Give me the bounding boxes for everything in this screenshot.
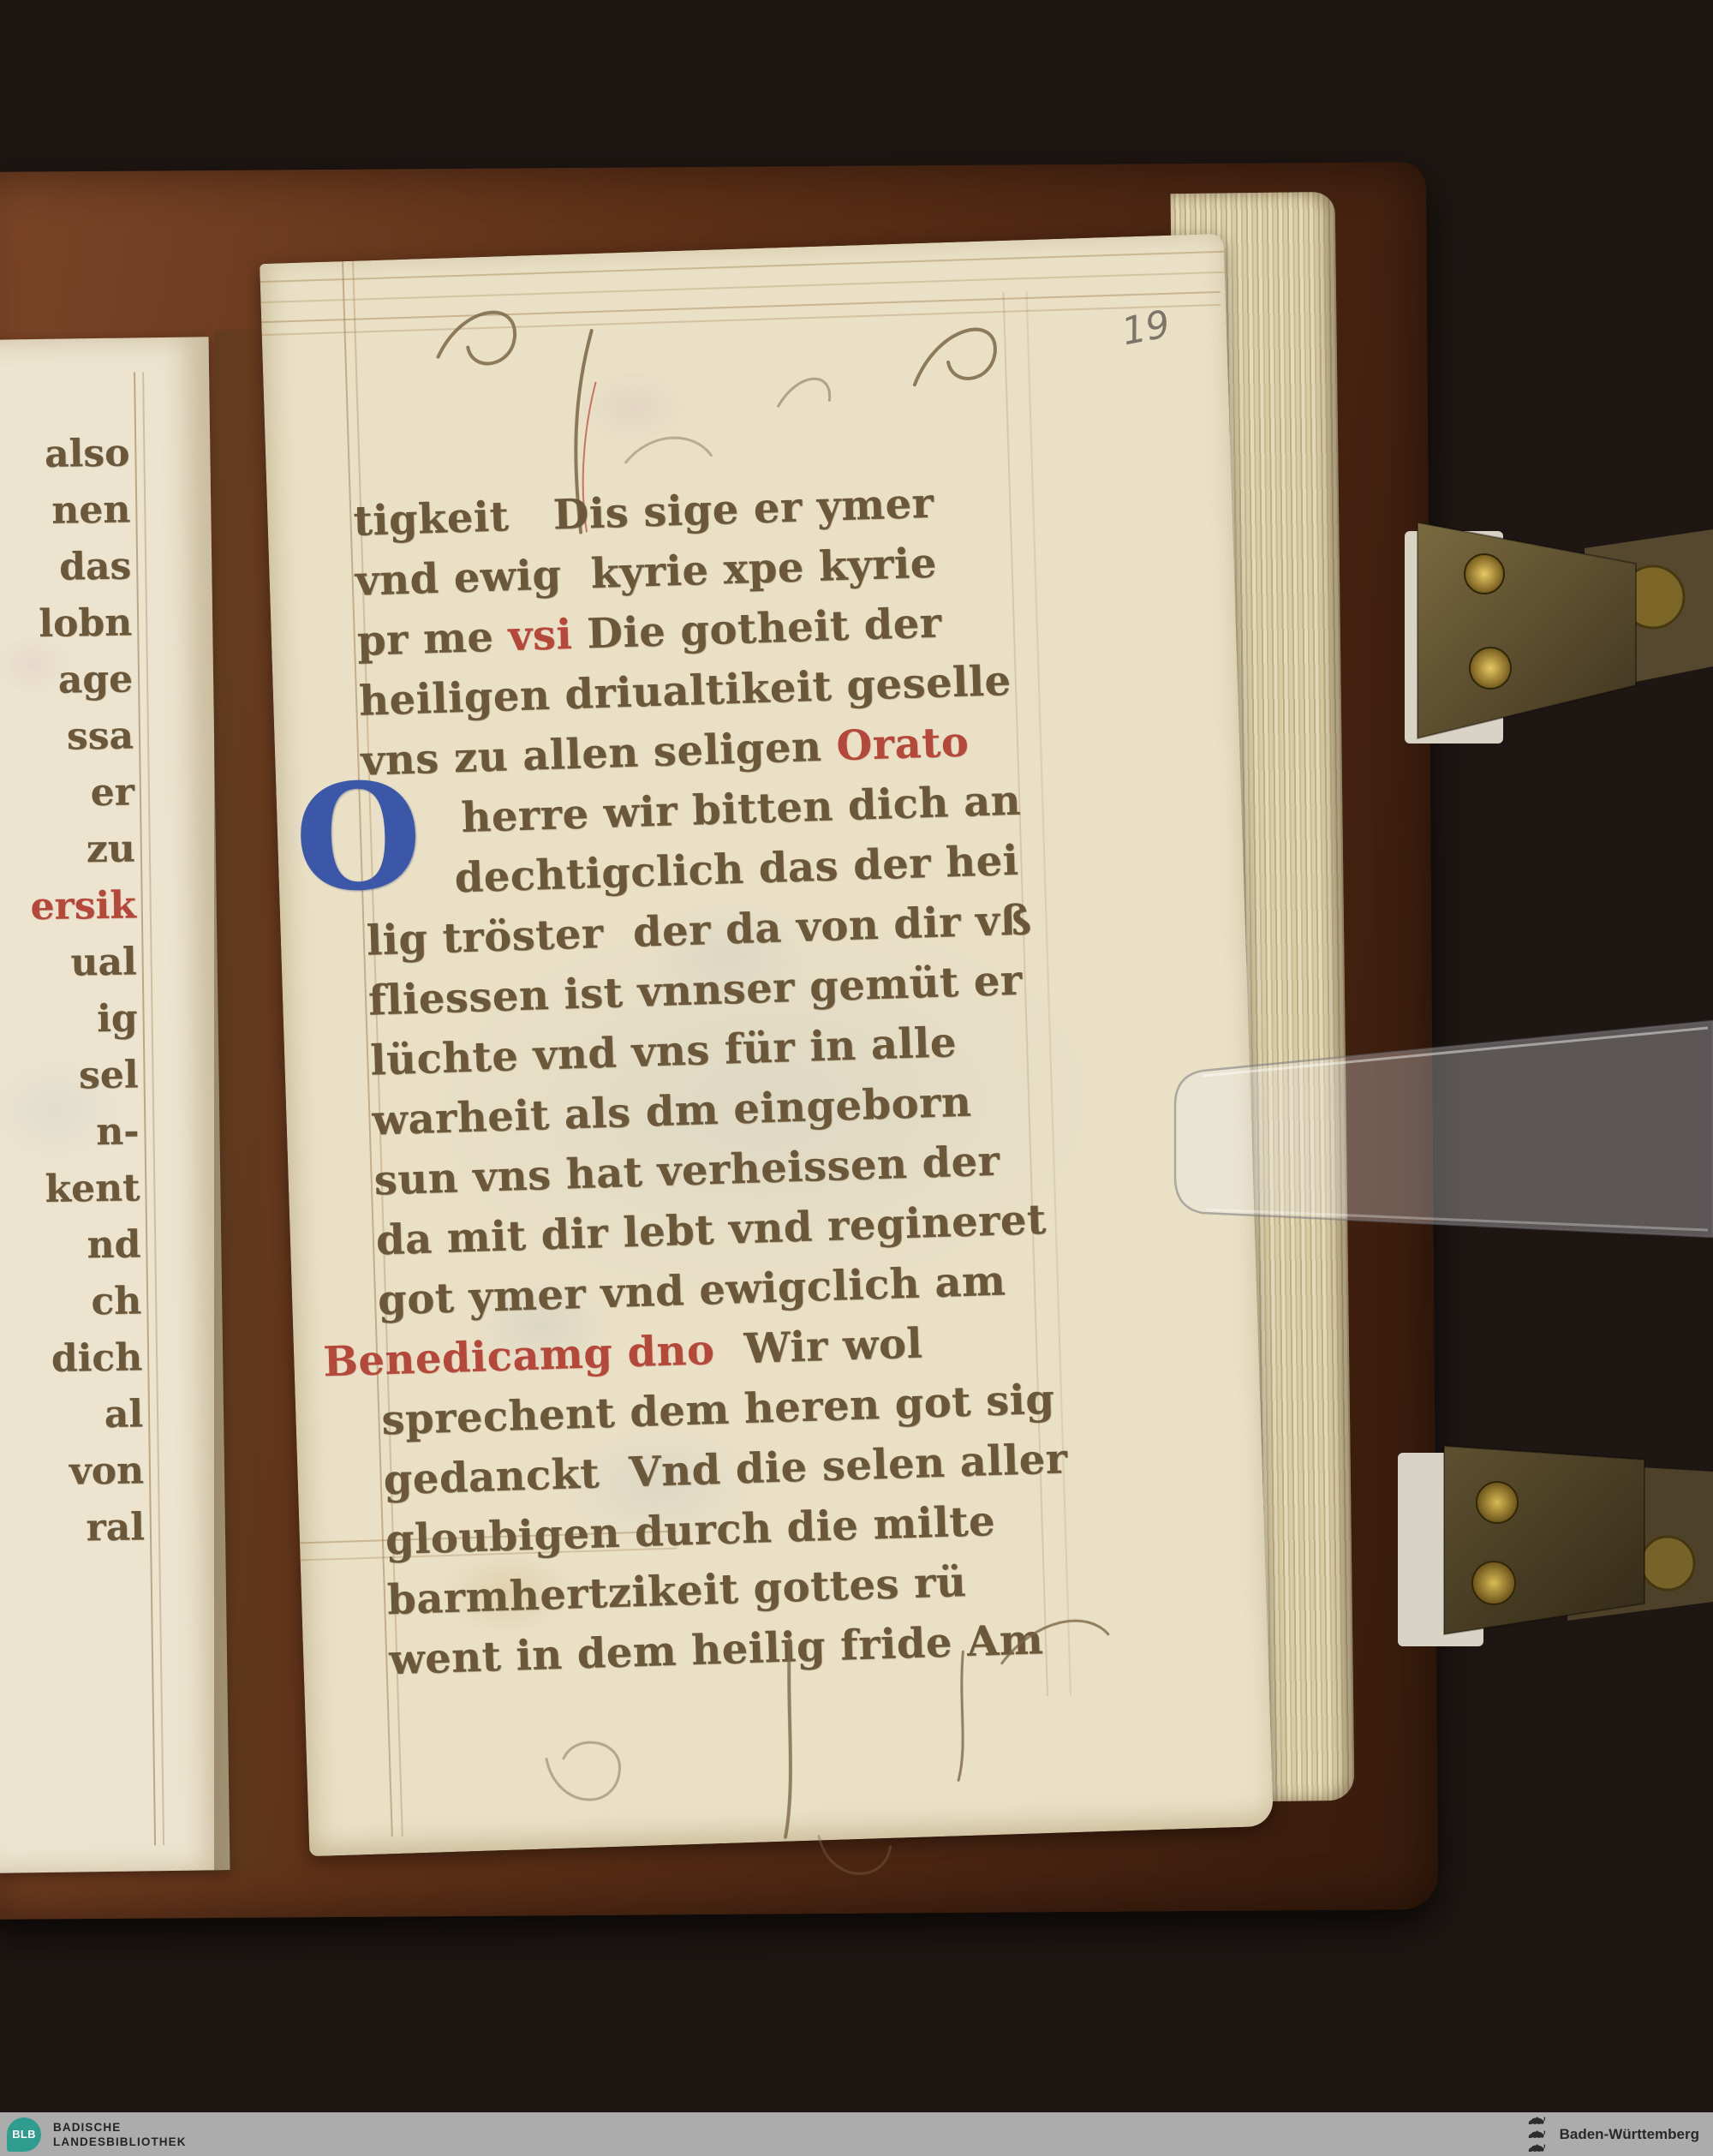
text-segment: vnd ewig kyrie xpe kyrie — [355, 539, 938, 605]
library-name: BADISCHE LANDESBIBLIOTHEK — [53, 2120, 187, 2149]
manuscript-line: sun vns hat verheissen der — [373, 1137, 1000, 1206]
manuscript-photo-scene: alsonendaslobnagessaerzuersikualigseln-k… — [0, 0, 1713, 2156]
folio-number: 19 — [1119, 302, 1174, 355]
clasp-disc — [1641, 1537, 1694, 1590]
text-segment: Orato — [836, 718, 970, 770]
text-segment: vns zu allen seligen — [360, 722, 837, 785]
bottom-clasp — [1362, 1396, 1713, 1670]
blb-monogram: BLB — [12, 2128, 36, 2141]
baden-wuerttemberg-coat-of-arms-icon — [1522, 2115, 1551, 2154]
left-page-fragment: ig — [97, 997, 138, 1041]
left-page-fragment: ual — [70, 941, 137, 984]
text-segment: pr me — [356, 612, 509, 666]
text-segment: Benedicamg dno — [323, 1326, 716, 1386]
manuscript-line: herre wir bitten dich an — [461, 776, 1022, 844]
clasp-strap — [1444, 1446, 1644, 1634]
blb-logo: BLB — [7, 2117, 41, 2152]
left-page-fragment: ral — [86, 1506, 145, 1550]
text-segment: fliessen ist vnnser gemüt er — [367, 957, 1023, 1025]
state-label: Baden-Württemberg — [1560, 2126, 1699, 2143]
library-name-line2: LANDESBIBLIOTHEK — [53, 2135, 187, 2149]
text-segment: warheit als dm eingeborn — [372, 1078, 972, 1145]
rivet — [1477, 1482, 1518, 1523]
left-page-fragment: dich — [51, 1336, 143, 1380]
manuscript-line: sprechent dem heren got sig — [381, 1375, 1056, 1446]
left-page-fragment: kent — [45, 1167, 140, 1211]
text-segment: Wir wol — [713, 1319, 922, 1374]
pen-flourish-icon — [301, 1539, 1276, 1929]
manuscript-line: vns zu allen seligen Orato — [360, 717, 970, 785]
text-segment: sprechent dem heren got sig — [381, 1376, 1055, 1445]
left-page-fragment: ch — [91, 1280, 141, 1323]
text-segment: lüchte vnd vns für in alle — [369, 1018, 957, 1084]
left-page-fragment: nen — [51, 488, 131, 532]
left-page: alsonendaslobnagessaerzuersikualigseln-k… — [0, 337, 230, 1873]
text-segment: vsi — [508, 611, 573, 660]
manuscript-line: heiligen driualtikeit geselle — [358, 656, 1012, 726]
left-page-fragment: lobn — [39, 601, 133, 646]
left-page-fragment: also — [45, 432, 130, 475]
rivet — [1465, 554, 1504, 594]
library-footer-bar: BLB BADISCHE LANDESBIBLIOTHEK — [0, 2112, 1713, 2156]
left-page-fragment: von — [69, 1449, 145, 1493]
manuscript-line: dechtigclich das der hei — [454, 836, 1019, 904]
text-segment: tigkeit Dis sige er ymer — [353, 480, 934, 546]
manuscript-line: vnd ewig kyrie xpe kyrie — [355, 538, 938, 606]
manuscript-line: lig tröster der da von dir vß — [366, 895, 1032, 965]
manuscript-line: pr me vsi Die gotheit der — [356, 598, 942, 666]
manuscript-line: fliessen ist vnnser gemüt er — [367, 956, 1023, 1026]
manuscript-line: lüchte vnd vns für in alle — [369, 1018, 957, 1085]
text-segment: herre wir bitten dich an — [461, 777, 1022, 843]
state-branding: Baden-Württemberg — [1522, 2115, 1699, 2154]
main-page: tigkeit Dis sige er ymervnd ewig kyrie x… — [260, 234, 1274, 1856]
left-page-fragment: ssa — [67, 714, 134, 758]
text-segment: da mit dir lebt vnd regineret — [375, 1196, 1047, 1265]
left-page-fragment: n- — [96, 1110, 140, 1154]
text-segment: heiligen driualtikeit geselle — [358, 657, 1012, 726]
left-page-fragment: al — [104, 1393, 143, 1436]
text-segment: Die gotheit der — [571, 599, 942, 659]
rivet — [1470, 648, 1511, 689]
left-page-text: alsonendaslobnagessaerzuersikualigseln-k… — [0, 337, 230, 1873]
illuminated-initial: O — [293, 763, 424, 913]
library-branding: BLB BADISCHE LANDESBIBLIOTHEK — [7, 2117, 187, 2152]
dirt-speck — [278, 1065, 282, 1068]
text-segment: lig tröster der da von dir vß — [366, 896, 1032, 965]
left-page-fragment: zu — [87, 827, 136, 871]
manuscript-line: tigkeit Dis sige er ymer — [353, 479, 935, 546]
text-segment: gedanckt Vnd die selen aller — [383, 1435, 1068, 1504]
text-segment: got ymer vnd ewigclich am — [377, 1257, 1006, 1324]
left-page-fragment: das — [59, 545, 132, 588]
manuscript-line: da mit dir lebt vnd regineret — [375, 1195, 1047, 1266]
library-name-line1: BADISCHE — [53, 2120, 187, 2135]
text-segment: sun vns hat verheissen der — [373, 1138, 1000, 1205]
left-page-fragment: age — [57, 658, 133, 702]
rivet — [1472, 1562, 1515, 1604]
left-page-fragment: nd — [87, 1223, 140, 1267]
manuscript-line: gedanckt Vnd die selen aller — [383, 1434, 1068, 1505]
manuscript-line: got ymer vnd ewigclich am — [377, 1256, 1006, 1325]
top-clasp — [1370, 480, 1713, 771]
left-page-fragment: sel — [79, 1054, 139, 1097]
left-page-fragment: er — [90, 771, 134, 815]
manuscript-line: Benedicamg dno Wir wol — [322, 1318, 922, 1387]
left-page-fragment: ersik — [30, 884, 136, 929]
page-holder-strip — [1163, 1009, 1713, 1249]
text-segment: dechtigclich das der hei — [454, 837, 1019, 903]
manuscript-line: warheit als dm eingeborn — [372, 1078, 972, 1146]
